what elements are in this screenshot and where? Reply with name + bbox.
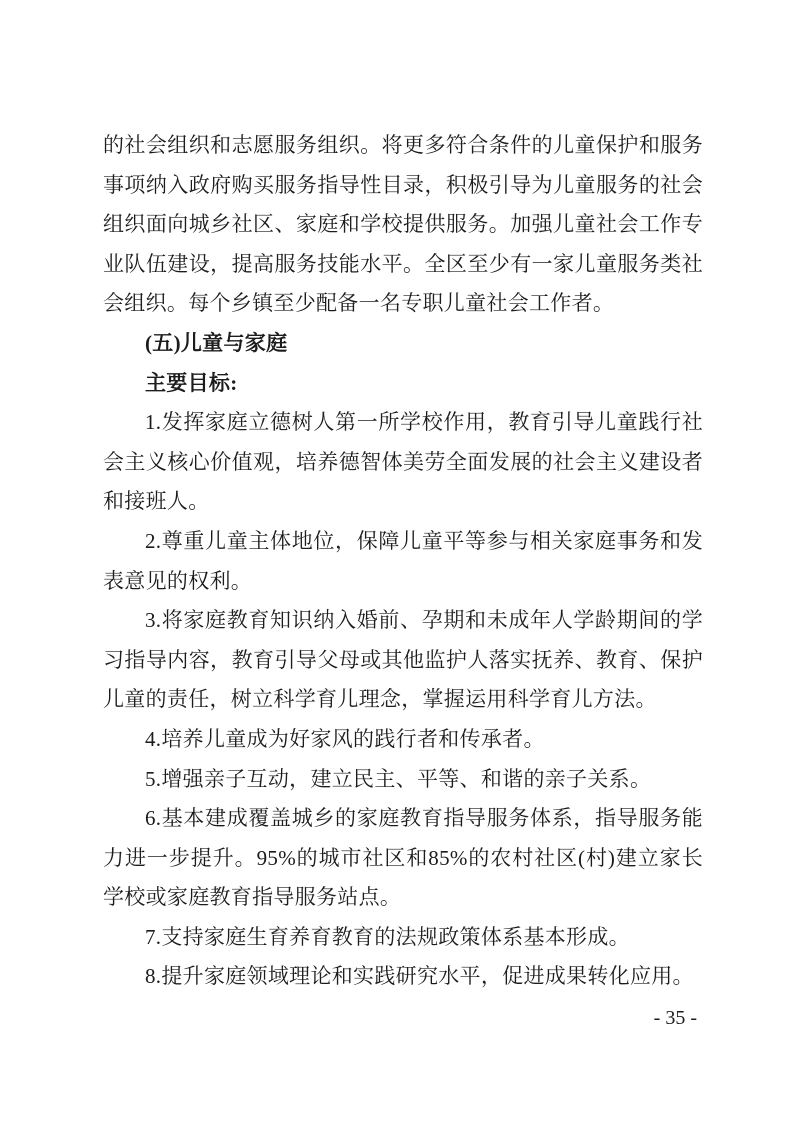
goal-item-3: 3.将家庭教育知识纳入婚前、孕期和未成年人学龄期间的学习指导内容，教育引导父母或… — [103, 601, 703, 720]
document-page: 的社会组织和志愿服务组织。将更多符合条件的儿童保护和服务事项纳入政府购买服务指导… — [0, 0, 794, 1122]
goal-item-6: 6.基本建成覆盖城乡的家庭教育指导服务体系，指导服务能力进一步提升。95%的城市… — [103, 799, 703, 918]
goal-item-5: 5.增强亲子互动，建立民主、平等、和谐的亲子关系。 — [103, 760, 703, 800]
goal-item-7: 7.支持家庭生育养育教育的法规政策体系基本形成。 — [103, 918, 703, 958]
goal-item-8: 8.提升家庭领域理论和实践研究水平，促进成果转化应用。 — [103, 957, 703, 997]
page-number: - 35 - — [654, 1005, 697, 1031]
section-heading: (五)儿童与家庭 — [103, 324, 703, 364]
body-paragraph-continuation: 的社会组织和志愿服务组织。将更多符合条件的儿童保护和服务事项纳入政府购买服务指导… — [103, 126, 703, 324]
goal-item-4: 4.培养儿童成为好家风的践行者和传承者。 — [103, 720, 703, 760]
page-content: 的社会组织和志愿服务组织。将更多符合条件的儿童保护和服务事项纳入政府购买服务指导… — [103, 126, 703, 997]
goal-item-2: 2.尊重儿童主体地位，保障儿童平等参与相关家庭事务和发表意见的权利。 — [103, 522, 703, 601]
goal-item-1: 1.发挥家庭立德树人第一所学校作用，教育引导儿童践行社会主义核心价值观，培养德智… — [103, 403, 703, 522]
subsection-heading-main-goals: 主要目标: — [103, 364, 703, 404]
